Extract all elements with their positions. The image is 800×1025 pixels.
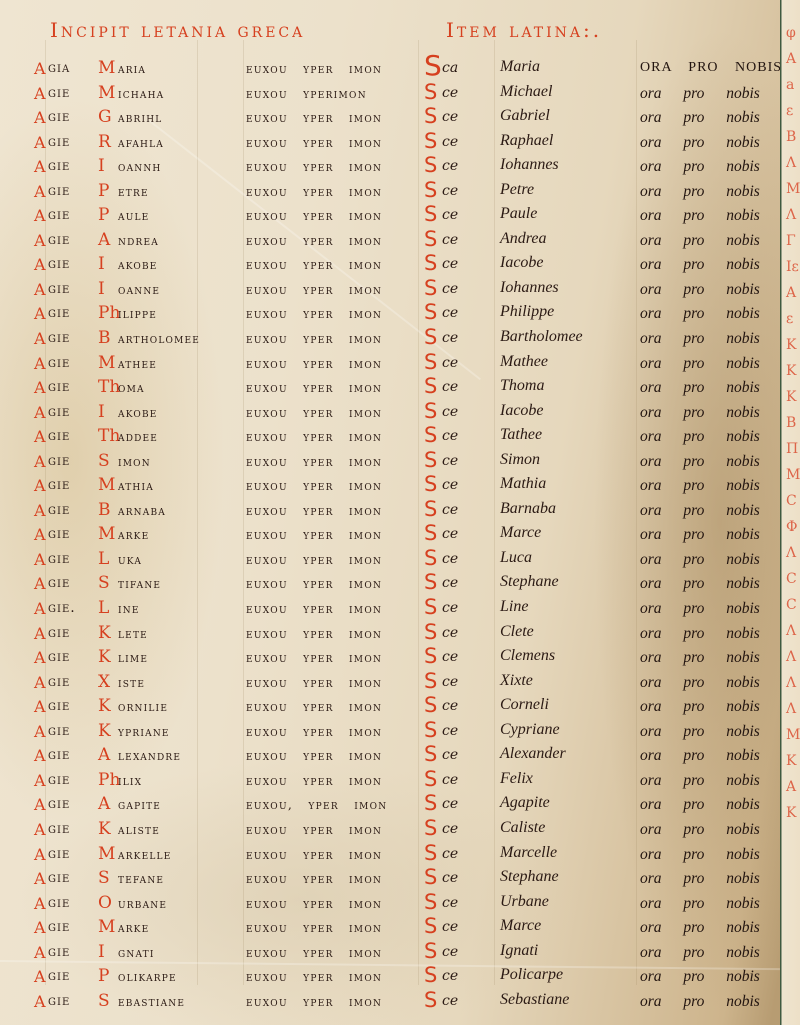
greek-initial-a: A <box>34 231 46 250</box>
greek-name-capital: A <box>98 794 110 814</box>
latin-initial-s: S <box>424 865 437 889</box>
latin-saint-name: Luca <box>500 549 532 567</box>
greek-saint-name: akobe <box>118 257 158 273</box>
litany-row: AgieKlimeeuxou yper imonSceClemensora pr… <box>0 646 780 671</box>
litany-row: AgieSimoneuxou yper imonSceSimonora pro … <box>0 450 780 475</box>
greek-response: euxou yper imon <box>246 822 382 837</box>
latin-initial-s: S <box>424 988 437 1012</box>
greek-saint-name: abrihl <box>118 110 162 126</box>
litany-row: AgiePhilixeuxou yper imonSceFelixora pro… <box>0 769 780 794</box>
latin-response: ora pro nobis <box>640 674 760 692</box>
greek-name-capital: K <box>98 696 111 716</box>
latin-response: ORA PRO NOBIS. <box>640 60 787 76</box>
greek-initial-a: A <box>34 108 46 127</box>
litany-row: AgieAndreaeuxou yper imonSceAndreaora pr… <box>0 229 780 254</box>
greek-saint-name: addee <box>118 429 158 445</box>
heading-latin-litany: Item latina:. <box>446 18 602 42</box>
latin-sancte-abbrev: ce <box>442 895 458 911</box>
greek-hagie: gie <box>48 183 70 199</box>
latin-saint-name: Cypriane <box>500 721 560 739</box>
greek-initial-a: A <box>34 403 46 422</box>
latin-response: ora pro nobis <box>640 575 760 593</box>
greek-initial-a: A <box>34 599 46 618</box>
litany-row: AgieSebastianeeuxou yper imonSceSebastia… <box>0 990 780 1015</box>
latin-sancte-abbrev: ce <box>442 526 458 542</box>
latin-initial-s: S <box>424 227 437 251</box>
litany-row: AgieIoannheuxou yper imonSceIohannesora … <box>0 155 780 180</box>
litany-rows: AgiaMariaeuxou yper imonScaMariaORA PRO … <box>0 57 780 1014</box>
latin-initial-s: S <box>424 448 437 472</box>
latin-initial-s: S <box>424 49 442 82</box>
latin-sancte-abbrev: ce <box>442 232 458 248</box>
greek-initial-a: A <box>34 59 46 78</box>
latin-sancte-abbrev: ca <box>442 60 458 76</box>
latin-initial-s: S <box>424 80 437 104</box>
greek-saint-name: akobe <box>118 405 158 421</box>
latin-response: ora pro nobis <box>640 330 760 348</box>
greek-name-capital: O <box>98 893 112 913</box>
greek-hagie: gie <box>48 477 70 493</box>
greek-initial-a: A <box>34 427 46 446</box>
greek-response: euxou yper imon <box>246 159 382 174</box>
greek-hagie: gie <box>48 993 70 1009</box>
greek-response: euxou yper imon <box>246 699 382 714</box>
greek-name-capital: M <box>98 83 115 103</box>
latin-initial-s: S <box>424 767 437 791</box>
latin-initial-s: S <box>424 742 437 766</box>
greek-hagie: gie <box>48 575 70 591</box>
greek-initial-a: A <box>34 894 46 913</box>
greek-initial-a: A <box>34 795 46 814</box>
litany-row: AgieRafahlaeuxou yper imonSceRaphaelora … <box>0 131 780 156</box>
latin-sancte-abbrev: ce <box>442 207 458 223</box>
greek-hagie: gie <box>48 698 70 714</box>
greek-saint-name: tifane <box>118 576 161 592</box>
latin-saint-name: Iohannes <box>500 279 559 297</box>
greek-initial-a: A <box>34 550 46 569</box>
greek-hagie: gie <box>48 723 70 739</box>
greek-response: euxou yper imon <box>246 748 382 763</box>
greek-initial-a: A <box>34 697 46 716</box>
latin-saint-name: Agapite <box>500 794 550 812</box>
latin-sancte-abbrev: ce <box>442 502 458 518</box>
greek-saint-name: uka <box>118 552 142 568</box>
greek-initial-a: A <box>34 943 46 962</box>
latin-response: ora pro nobis <box>640 846 760 864</box>
greek-hagie: gie <box>48 502 70 518</box>
litany-row: AgieBarnabaeuxou yper imonSceBarnabaora … <box>0 499 780 524</box>
greek-initial-a: A <box>34 157 46 176</box>
latin-sancte-abbrev: ce <box>442 846 458 862</box>
latin-saint-name: Corneli <box>500 696 549 714</box>
greek-saint-name: athee <box>118 356 157 372</box>
greek-name-capital: K <box>98 819 111 839</box>
litany-row: AgieMarkelleeuxou yper imonSceMarcelleor… <box>0 843 780 868</box>
latin-initial-s: S <box>424 939 437 963</box>
latin-response: ora pro nobis <box>640 625 760 643</box>
greek-saint-name: tefane <box>118 871 164 887</box>
greek-initial-a: A <box>34 452 46 471</box>
latin-saint-name: Raphael <box>500 132 553 150</box>
latin-initial-s: S <box>424 399 437 423</box>
litany-row: AgieStifaneeuxou yper imonSceStephaneora… <box>0 572 780 597</box>
latin-response: ora pro nobis <box>640 551 760 569</box>
greek-saint-name: arke <box>118 920 149 936</box>
greek-response: euxou yper imon <box>246 478 382 493</box>
latin-sancte-abbrev: ce <box>442 355 458 371</box>
latin-saint-name: Philippe <box>500 303 554 321</box>
latin-initial-s: S <box>424 816 437 840</box>
greek-name-capital: S <box>98 868 110 888</box>
greek-response: euxou yper imon <box>246 945 382 960</box>
greek-hagie: gie. <box>48 600 76 616</box>
latin-initial-s: S <box>424 669 437 693</box>
greek-response: euxou yper imon <box>246 331 382 346</box>
greek-hagie: gie <box>48 747 70 763</box>
greek-response: euxou, yper imon <box>246 797 387 812</box>
greek-response: euxou yper imon <box>246 675 382 690</box>
greek-response: euxou yper imon <box>246 184 382 199</box>
greek-saint-name: lete <box>118 626 148 642</box>
latin-initial-s: S <box>424 276 437 300</box>
greek-name-capital: S <box>98 573 110 593</box>
latin-sancte-abbrev: ce <box>442 698 458 714</box>
latin-initial-s: S <box>424 963 437 987</box>
litany-row: AgieStefaneeuxou yper imonSceStephaneora… <box>0 867 780 892</box>
greek-initial-a: A <box>34 304 46 323</box>
greek-response: euxou yper imon <box>246 257 382 272</box>
greek-saint-name: oanne <box>118 282 160 298</box>
latin-initial-s: S <box>424 595 437 619</box>
latin-initial-s: S <box>424 791 437 815</box>
latin-saint-name: Paule <box>500 205 537 223</box>
greek-saint-name: afahla <box>118 135 164 151</box>
greek-initial-a: A <box>34 722 46 741</box>
litany-row: AgiePauleeuxou yper imonScePauleora pro … <box>0 204 780 229</box>
greek-hagie: gie <box>48 305 70 321</box>
greek-initial-a: A <box>34 673 46 692</box>
greek-name-capital: A <box>98 230 110 250</box>
greek-name-capital: S <box>98 451 110 471</box>
latin-sancte-abbrev: ce <box>442 305 458 321</box>
greek-initial-a: A <box>34 206 46 225</box>
greek-response: euxou yper imon <box>246 429 382 444</box>
litany-row: AgieMathiaeuxou yper imonSceMathiaora pr… <box>0 474 780 499</box>
greek-response: euxou yper imon <box>246 650 382 665</box>
latin-response: ora pro nobis <box>640 158 760 176</box>
litany-row: AgieXisteeuxou yper imonSceXixteora pro … <box>0 671 780 696</box>
latin-response: ora pro nobis <box>640 993 760 1011</box>
latin-sancte-abbrev: ce <box>442 158 458 174</box>
greek-saint-name: ilix <box>118 773 142 789</box>
heading-greek-litany: Incipit letania greca <box>50 18 305 42</box>
litany-row: AgiePetreeuxou yper imonScePetreora pro … <box>0 180 780 205</box>
greek-response: euxou yper imon <box>246 356 382 371</box>
latin-initial-s: S <box>424 374 437 398</box>
litany-row: AgieIgnatieuxou yper imonSceIgnatiora pr… <box>0 941 780 966</box>
latin-saint-name: Sebastiane <box>500 991 569 1009</box>
greek-initial-a: A <box>34 476 46 495</box>
greek-initial-a: A <box>34 255 46 274</box>
latin-sancte-abbrev: ce <box>442 993 458 1009</box>
latin-sancte-abbrev: ce <box>442 575 458 591</box>
latin-initial-s: S <box>424 620 437 644</box>
greek-hagie: gia <box>48 60 70 76</box>
latin-sancte-abbrev: ce <box>442 404 458 420</box>
greek-hagie: gie <box>48 355 70 371</box>
greek-response: euxou yper imon <box>246 306 382 321</box>
latin-saint-name: Policarpe <box>500 966 563 984</box>
greek-hagie: gie <box>48 649 70 665</box>
latin-saint-name: Tathee <box>500 426 542 444</box>
latin-sancte-abbrev: ce <box>442 796 458 812</box>
latin-sancte-abbrev: ce <box>442 821 458 837</box>
latin-sancte-abbrev: ce <box>442 551 458 567</box>
litany-row: AgieMichahaeuxou yperimonSceMichaelora p… <box>0 82 780 107</box>
latin-initial-s: S <box>424 423 437 447</box>
latin-sancte-abbrev: ce <box>442 109 458 125</box>
greek-name-capital: M <box>98 917 115 937</box>
greek-name-capital: G <box>98 107 112 127</box>
greek-name-capital: P <box>98 966 109 986</box>
latin-initial-s: S <box>424 129 437 153</box>
latin-response: ora pro nobis <box>640 453 760 471</box>
greek-response: euxou yper imon <box>246 896 382 911</box>
greek-saint-name: ine <box>118 601 140 617</box>
greek-response: euxou yper imon <box>246 552 382 567</box>
greek-hagie: gie <box>48 158 70 174</box>
greek-initial-a: A <box>34 992 46 1011</box>
latin-saint-name: Andrea <box>500 230 547 248</box>
litany-row: AgieKornilieeuxou yper imonSceCorneliora… <box>0 695 780 720</box>
latin-sancte-abbrev: ce <box>442 183 458 199</box>
greek-saint-name: iste <box>118 675 145 691</box>
litany-row: AgiePhilippeeuxou yper imonScePhilippeor… <box>0 302 780 327</box>
latin-response: ora pro nobis <box>640 207 760 225</box>
litany-row: AgieThaddeeeuxou yper imonSceTatheeora p… <box>0 425 780 450</box>
latin-initial-s: S <box>424 325 437 349</box>
greek-hagie: gie <box>48 256 70 272</box>
greek-hagie: gie <box>48 870 70 886</box>
latin-sancte-abbrev: ce <box>442 85 458 101</box>
litany-row: AgieThomaeuxou yper imonSceThomaora pro … <box>0 376 780 401</box>
latin-initial-s: S <box>424 153 437 177</box>
latin-response: ora pro nobis <box>640 649 760 667</box>
greek-response: euxou yper imon <box>246 110 382 125</box>
greek-hagie: gie <box>48 526 70 542</box>
latin-saint-name: Clemens <box>500 647 555 665</box>
greek-saint-name: oma <box>118 380 145 396</box>
latin-sancte-abbrev: ce <box>442 625 458 641</box>
latin-sancte-abbrev: ce <box>442 330 458 346</box>
greek-name-capital: B <box>98 328 111 348</box>
litany-row: AgieKyprianeeuxou yper imonSceCyprianeor… <box>0 720 780 745</box>
greek-name-capital: I <box>98 279 105 299</box>
latin-sancte-abbrev: ce <box>442 281 458 297</box>
greek-hagie: gie <box>48 796 70 812</box>
greek-initial-a: A <box>34 648 46 667</box>
greek-hagie: gie <box>48 919 70 935</box>
litany-row: AgieIoanneeuxou yper imonSceIohannesora … <box>0 278 780 303</box>
greek-name-capital: M <box>98 475 115 495</box>
greek-response: euxou yper imon <box>246 527 382 542</box>
greek-name-capital: I <box>98 942 105 962</box>
greek-hagie: gie <box>48 109 70 125</box>
latin-initial-s: S <box>424 251 437 275</box>
greek-initial-a: A <box>34 182 46 201</box>
greek-hagie: gie <box>48 821 70 837</box>
greek-hagie: gie <box>48 846 70 862</box>
litany-row: AgieMarkeeuxou yper imonSceMarceora pro … <box>0 523 780 548</box>
latin-response: ora pro nobis <box>640 502 760 520</box>
greek-saint-name: lime <box>118 650 148 666</box>
latin-response: ora pro nobis <box>640 698 760 716</box>
greek-hagie: gie <box>48 453 70 469</box>
litany-row: AgieMarkeeuxou yper imonSceMarceora pro … <box>0 916 780 941</box>
greek-saint-name: artholomee <box>118 331 200 347</box>
latin-saint-name: Petre <box>500 181 534 199</box>
greek-hagie: gie <box>48 281 70 297</box>
greek-saint-name: aria <box>118 61 146 77</box>
greek-name-capital: M <box>98 58 115 78</box>
latin-response: ora pro nobis <box>640 968 760 986</box>
greek-initial-a: A <box>34 329 46 348</box>
greek-name-capital: M <box>98 524 115 544</box>
latin-saint-name: Clete <box>500 623 534 641</box>
latin-response: ora pro nobis <box>640 772 760 790</box>
latin-response: ora pro nobis <box>640 600 760 618</box>
greek-initial-a: A <box>34 918 46 937</box>
litany-row: AgieAgapiteeuxou, yper imonSceAgapiteora… <box>0 793 780 818</box>
latin-initial-s: S <box>424 570 437 594</box>
litany-row: AgieBartholomeeeuxou yper imonSceBarthol… <box>0 327 780 352</box>
greek-hagie: gie <box>48 404 70 420</box>
latin-response: ora pro nobis <box>640 85 760 103</box>
latin-saint-name: Iohannes <box>500 156 559 174</box>
greek-initial-a: A <box>34 574 46 593</box>
latin-saint-name: Urbane <box>500 893 549 911</box>
greek-saint-name: aule <box>118 208 149 224</box>
greek-response: euxou yper imon <box>246 282 382 297</box>
latin-initial-s: S <box>424 300 437 324</box>
greek-response: euxou yper imon <box>246 233 382 248</box>
greek-response: euxou yper imon <box>246 576 382 591</box>
latin-saint-name: Xixte <box>500 672 533 690</box>
greek-saint-name: athia <box>118 478 154 494</box>
latin-sancte-abbrev: ce <box>442 379 458 395</box>
greek-hagie: gie <box>48 379 70 395</box>
greek-saint-name: gapite <box>118 797 161 813</box>
greek-saint-name: lexandre <box>118 748 181 764</box>
greek-name-capital: K <box>98 623 111 643</box>
greek-saint-name: etre <box>118 184 149 200</box>
greek-response: euxou yper imon <box>246 724 382 739</box>
greek-hagie: gie <box>48 625 70 641</box>
latin-sancte-abbrev: ce <box>442 256 458 272</box>
greek-response: euxou yperimon <box>246 86 367 101</box>
greek-hagie: gie <box>48 551 70 567</box>
greek-saint-name: ornilie <box>118 699 168 715</box>
greek-initial-a: A <box>34 354 46 373</box>
litany-row: Agie.Lineeuxou yper imonSceLineora pro n… <box>0 597 780 622</box>
greek-saint-name: gnati <box>118 945 155 961</box>
latin-initial-s: S <box>424 202 437 226</box>
latin-sancte-abbrev: ce <box>442 870 458 886</box>
greek-initial-a: A <box>34 501 46 520</box>
latin-initial-s: S <box>424 644 437 668</box>
latin-initial-s: S <box>424 693 437 717</box>
greek-hagie: gie <box>48 428 70 444</box>
latin-initial-s: S <box>424 497 437 521</box>
litany-row: AgieAlexandreeuxou yper imonSceAlexander… <box>0 744 780 769</box>
greek-saint-name: olikarpe <box>118 969 177 985</box>
litany-row: AgiaMariaeuxou yper imonScaMariaORA PRO … <box>0 57 780 82</box>
greek-response: euxou yper imon <box>246 871 382 886</box>
latin-sancte-abbrev: ce <box>442 674 458 690</box>
greek-initial-a: A <box>34 967 46 986</box>
latin-saint-name: Alexander <box>500 745 566 763</box>
greek-name-capital: L <box>98 549 109 569</box>
latin-response: ora pro nobis <box>640 281 760 299</box>
greek-response: euxou yper imon <box>246 405 382 420</box>
greek-hagie: gie <box>48 207 70 223</box>
latin-response: ora pro nobis <box>640 747 760 765</box>
greek-name-capital: Th <box>98 426 120 446</box>
latin-saint-name: Line <box>500 598 528 616</box>
greek-initial-a: A <box>34 525 46 544</box>
latin-response: ora pro nobis <box>640 183 760 201</box>
latin-response: ora pro nobis <box>640 232 760 250</box>
latin-response: ora pro nobis <box>640 379 760 397</box>
greek-saint-name: ebastiane <box>118 994 185 1010</box>
latin-initial-s: S <box>424 178 437 202</box>
litany-row: AgiePolikarpeeuxou yper imonScePolicarpe… <box>0 965 780 990</box>
latin-initial-s: S <box>424 546 437 570</box>
latin-sancte-abbrev: ce <box>442 453 458 469</box>
latin-saint-name: Mathee <box>500 353 548 371</box>
litany-row: AgieLukaeuxou yper imonSceLucaora pro no… <box>0 548 780 573</box>
latin-saint-name: Marce <box>500 524 541 542</box>
facing-page-rubrics: φΑaεΒΛΜΛΓΙεΑεΚΚΚΒΠΜCΦΛCCΛΛΛΛΜΚΑΚ <box>786 20 800 826</box>
greek-initial-a: A <box>34 820 46 839</box>
greek-hagie: gie <box>48 85 70 101</box>
latin-response: ora pro nobis <box>640 895 760 913</box>
greek-saint-name: ilippe <box>118 306 157 322</box>
greek-saint-name: arkelle <box>118 847 172 863</box>
greek-saint-name: urbane <box>118 896 167 912</box>
latin-saint-name: Bartholomee <box>500 328 583 346</box>
greek-response: euxou yper imon <box>246 920 382 935</box>
greek-hagie: gie <box>48 674 70 690</box>
greek-name-capital: I <box>98 254 105 274</box>
greek-initial-a: A <box>34 845 46 864</box>
greek-initial-a: A <box>34 869 46 888</box>
litany-row: AgieIakobeeuxou yper imonSceIacobeora pr… <box>0 401 780 426</box>
greek-saint-name: oannh <box>118 159 161 175</box>
latin-response: ora pro nobis <box>640 355 760 373</box>
greek-initial-a: A <box>34 133 46 152</box>
latin-saint-name: Iacobe <box>500 254 544 272</box>
greek-name-capital: I <box>98 402 105 422</box>
latin-response: ora pro nobis <box>640 305 760 323</box>
greek-name-capital: K <box>98 647 111 667</box>
greek-name-capital: L <box>98 598 109 618</box>
latin-initial-s: S <box>424 104 437 128</box>
greek-response: euxou yper imon <box>246 601 382 616</box>
litany-row: AgieKleteeuxou yper imonSceCleteora pro … <box>0 622 780 647</box>
greek-hagie: gie <box>48 330 70 346</box>
greek-saint-name: ypriane <box>118 724 170 740</box>
